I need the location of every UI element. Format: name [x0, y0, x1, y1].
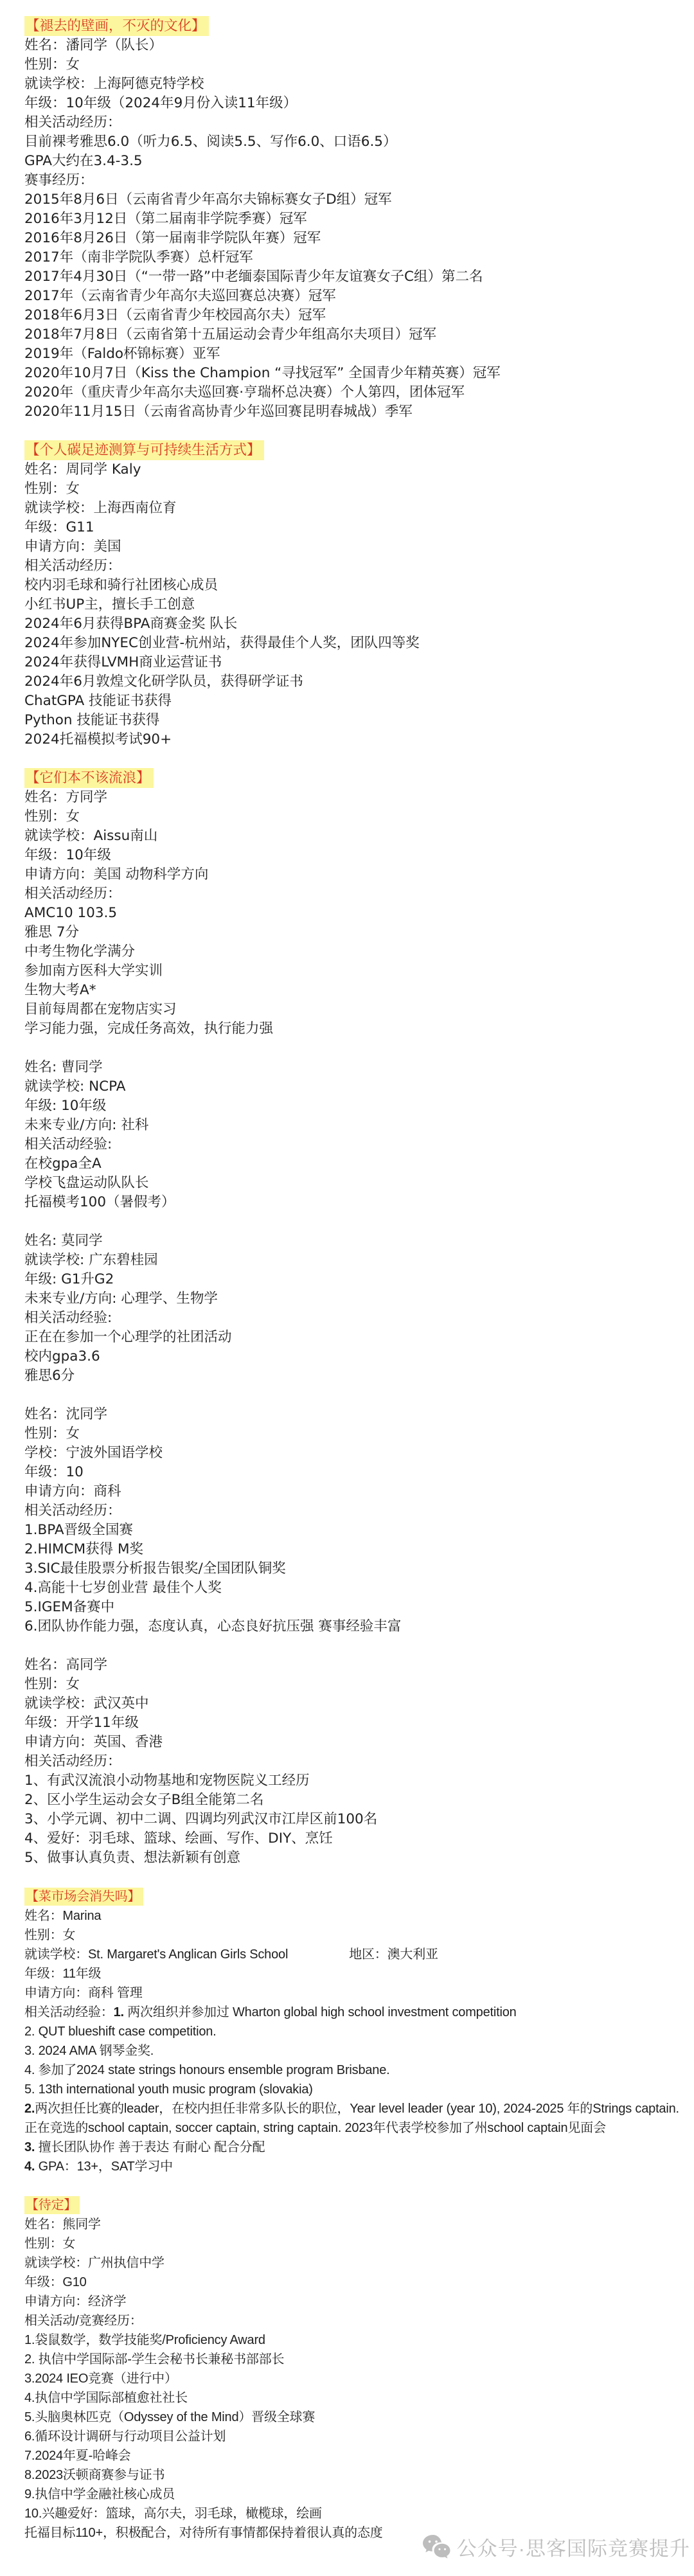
- text-line: 10.兴趣爱好：篮球，高尔夫，羽毛球，橄榄球，绘画: [24, 2504, 688, 2523]
- text-line: 参加南方医科大学实训: [24, 962, 688, 981]
- text-line: 校内gpa3.6: [24, 1347, 688, 1366]
- text-line: 相关活动经验:: [24, 1135, 688, 1154]
- text-line: 就读学校：上海西南位育: [24, 499, 688, 518]
- text-line: 姓名：方同学: [24, 788, 688, 807]
- text-line: 相关活动经验：1. 两次组织并参加过 Wharton global high s…: [24, 2003, 688, 2022]
- text-line: 姓名: 莫同学: [24, 1231, 688, 1251]
- text-line: 目前裸考雅思6.0（听力6.5、阅读5.5、写作6.0、口语6.5）: [24, 132, 688, 152]
- text-line: 姓名：周同学 Kaly: [24, 460, 688, 479]
- document-body: 【褪去的壁画，不灭的文化】姓名：潘同学（队长）性别：女就读学校：上海阿德克特学校…: [24, 17, 688, 2543]
- text-line: 3.2024 IEO竞赛（进行中）: [24, 2369, 688, 2388]
- profile-block: 姓名：沈同学性别：女学校：宁波外国语学校年级：10申请方向：商科相关活动经历：1…: [24, 1405, 688, 1636]
- text-line: 3. 擅长团队协作 善于表达 有耐心 配合分配: [24, 2138, 688, 2157]
- text-line: 5. 13th international youth music progra…: [24, 2080, 688, 2099]
- text-line: 申请方向：经济学: [24, 2292, 688, 2311]
- text-line: 2020年11月15日（云南省高协青少年巡回赛昆明春城战）季军: [24, 402, 688, 422]
- wechat-watermark: 公众号·思客国际竞赛提升: [422, 2532, 690, 2561]
- text-line: 5.IGEM备赛中: [24, 1598, 688, 1617]
- text-line: 2.两次担任比赛的leader，在校内担任非常多队长的职位，Year level…: [24, 2099, 688, 2138]
- section-title: 【菜市场会消失吗】: [24, 1887, 688, 1906]
- text-line: 相关活动经历：: [24, 557, 688, 576]
- text-line: 目前每周都在宠物店实习: [24, 1000, 688, 1019]
- text-line: 2017年（云南省青少年高尔夫巡回赛总决赛）冠军: [24, 287, 688, 306]
- text-line: 2024年6月获得BPA商赛金奖 队长: [24, 614, 688, 634]
- text-line: 2024年6月敦煌文化研学队员，获得研学证书: [24, 672, 688, 692]
- text-line: 年级：开学11年级: [24, 1713, 688, 1733]
- text-line: 2020年10月7日（Kiss the Champion “寻找冠军” 全国青少…: [24, 364, 688, 383]
- section-title-highlight: 【待定】: [24, 2196, 80, 2214]
- wechat-icon: [422, 2534, 451, 2560]
- section: 【褪去的壁画，不灭的文化】姓名：潘同学（队长）性别：女就读学校：上海阿德克特学校…: [24, 17, 688, 422]
- text-line: 1.袋鼠数学，数学技能奖/Proficiency Award: [24, 2330, 688, 2350]
- text-line: 年级：11年级: [24, 1964, 688, 1983]
- text-line: 申请方向：美国 动物科学方向: [24, 865, 688, 884]
- section-title: 【待定】: [24, 2196, 688, 2215]
- text-line: 4. 参加了2024 state strings honours ensembl…: [24, 2061, 688, 2080]
- text-line: 性别：女: [24, 55, 688, 75]
- text-line: 生物大考A*: [24, 981, 688, 1000]
- text-line: 年级：G11: [24, 518, 688, 537]
- text-line: 年级：10年级（2024年9月份入读11年级）: [24, 94, 688, 113]
- text-line: 2024年获得LVMH商业运营证书: [24, 653, 688, 672]
- text-line: 2018年6月3日（云南省青少年校园高尔夫）冠军: [24, 306, 688, 325]
- text-line: 年级: 10年级: [24, 1096, 688, 1116]
- section-title: 【它们本不该流浪】: [24, 769, 688, 788]
- text-line: 4. GPA：13+，SAT学习中: [24, 2157, 688, 2176]
- text-line: 姓名：熊同学: [24, 2215, 688, 2234]
- text-line: 雅思 7分: [24, 923, 688, 942]
- section-title: 【褪去的壁画，不灭的文化】: [24, 17, 688, 36]
- text-line: 就读学校：St. Margaret's Anglican Girls Schoo…: [24, 1945, 688, 1964]
- text-line: 小红书UP主，擅长手工创意: [24, 595, 688, 614]
- document-page: 【褪去的壁画，不灭的文化】姓名：潘同学（队长）性别：女就读学校：上海阿德克特学校…: [0, 0, 694, 2576]
- text-line: 2017年（南非学院队季赛）总杆冠军: [24, 248, 688, 267]
- profile-block: 姓名：潘同学（队长）性别：女就读学校：上海阿德克特学校年级：10年级（2024年…: [24, 36, 688, 422]
- text-line: 性别：女: [24, 2234, 688, 2253]
- text-line: 6.团队协作能力强，态度认真，心态良好抗压强 赛事经验丰富: [24, 1617, 688, 1636]
- text-line: 学校：宁波外国语学校: [24, 1444, 688, 1463]
- text-line: 4.执信中学国际部植愈社社长: [24, 2388, 688, 2408]
- profile-block: 姓名：方同学性别：女就读学校：Aissu南山年级：10年级申请方向：美国 动物科…: [24, 788, 688, 1039]
- region-label: 地区：澳大利亚: [349, 1945, 438, 1964]
- text-line: 就读学校：武汉英中: [24, 1694, 688, 1713]
- text-line: 未来专业/方向: 心理学、生物学: [24, 1289, 688, 1309]
- text-line: 性别：女: [24, 1424, 688, 1444]
- text-line: 2、区小学生运动会女子B组全能第二名: [24, 1791, 688, 1810]
- text-line: 2015年8月6日（云南省青少年高尔夫锦标赛女子D组）冠军: [24, 190, 688, 210]
- text-line: 在校gpa全A: [24, 1154, 688, 1174]
- text-line: 学习能力强，完成任务高效，执行能力强: [24, 1019, 688, 1039]
- text-line: 2.HIMCM获得 M奖: [24, 1540, 688, 1559]
- text-line: 姓名：Marina: [24, 1906, 688, 1926]
- section-title-highlight: 【褪去的壁画，不灭的文化】: [24, 16, 209, 36]
- section-title: 【个人碳足迹测算与可持续生活方式】: [24, 441, 688, 460]
- text-line: 年级: G1升G2: [24, 1270, 688, 1289]
- text-line: 就读学校：Aissu南山: [24, 827, 688, 846]
- text-line: 2024托福模拟考试90+: [24, 730, 688, 749]
- text-line: 相关活动经验:: [24, 1309, 688, 1328]
- text-line: 姓名：潘同学（队长）: [24, 36, 688, 55]
- section-title-highlight: 【个人碳足迹测算与可持续生活方式】: [24, 440, 264, 460]
- text-line: GPA大约在3.4-3.5: [24, 152, 688, 171]
- section: 【它们本不该流浪】姓名：方同学性别：女就读学校：Aissu南山年级：10年级申请…: [24, 769, 688, 1868]
- profile-block: 姓名：高同学性别：女就读学校：武汉英中年级：开学11年级申请方向：英国、香港相关…: [24, 1656, 688, 1868]
- text-line: 就读学校：上海阿德克特学校: [24, 75, 688, 94]
- text-line: 托福模考100（暑假考）: [24, 1193, 688, 1212]
- section: 【个人碳足迹测算与可持续生活方式】姓名：周同学 Kaly性别：女就读学校：上海西…: [24, 441, 688, 749]
- text-line: 4.高能十七岁创业营 最佳个人奖: [24, 1579, 688, 1598]
- text-line: 2020年（重庆青少年高尔夫巡回赛·亨瑞杯总决赛）个人第四，团体冠军: [24, 383, 688, 402]
- text-line: 雅思6分: [24, 1366, 688, 1386]
- text-line: 未来专业/方向: 社科: [24, 1116, 688, 1135]
- text-line: 申请方向：美国: [24, 537, 688, 557]
- text-line: 申请方向：商科 管理: [24, 1983, 688, 2003]
- text-line: 6.循环设计调研与行动项目公益计划: [24, 2427, 688, 2446]
- text-line: 正在在参加一个心理学的社团活动: [24, 1328, 688, 1347]
- text-line: 2016年8月26日（第一届南非学院队年赛）冠军: [24, 229, 688, 248]
- text-line: 年级：G10: [24, 2273, 688, 2292]
- text-line: 2017年4月30日（“一带一路”中老缅泰国际青少年友谊赛女子C组）第二名: [24, 267, 688, 287]
- text-line: 2019年（Faldo杯锦标赛）亚军: [24, 344, 688, 364]
- text-line: AMC10 103.5: [24, 904, 688, 923]
- text-line: 赛事经历：: [24, 171, 688, 190]
- text-line: 5.头脑奥林匹克（Odyssey of the Mind）晋级全球赛: [24, 2408, 688, 2427]
- profile-block: 姓名：周同学 Kaly性别：女就读学校：上海西南位育年级：G11申请方向：美国相…: [24, 460, 688, 749]
- text-line: 相关活动经历：: [24, 884, 688, 904]
- section: 【待定】姓名：熊同学性别：女就读学校：广州执信中学年级：G10申请方向：经济学相…: [24, 2196, 688, 2543]
- section: 【菜市场会消失吗】姓名：Marina性别：女就读学校：St. Margaret'…: [24, 1887, 688, 2176]
- text-line: 7.2024年夏-哈峰会: [24, 2446, 688, 2465]
- text-line: 年级：10年级: [24, 846, 688, 865]
- text-line: 申请方向：商科: [24, 1482, 688, 1501]
- section-title-highlight: 【它们本不该流浪】: [24, 768, 154, 788]
- watermark-text: 公众号·思客国际竞赛提升: [457, 2532, 690, 2561]
- text-line: 3.SIC最佳股票分析报告银奖/全国团队铜奖: [24, 1559, 688, 1579]
- text-line: 性别：女: [24, 1926, 688, 1945]
- text-line: 学校飞盘运动队队长: [24, 1174, 688, 1193]
- text-line: 姓名: 曹同学: [24, 1058, 688, 1077]
- text-line: 相关活动经历：: [24, 113, 688, 132]
- text-line: 相关活动经历：: [24, 1752, 688, 1771]
- text-line: 姓名：沈同学: [24, 1405, 688, 1424]
- text-line: 2018年7月8日（云南省第十五届运动会青少年组高尔夫项目）冠军: [24, 325, 688, 344]
- text-line: 3. 2024 AMA 钢琴金奖.: [24, 2041, 688, 2061]
- text-line: 年级：10: [24, 1463, 688, 1482]
- text-line: 相关活动/竞赛经历：: [24, 2311, 688, 2330]
- text-line: 中考生物化学满分: [24, 942, 688, 962]
- text-line: 性别：女: [24, 807, 688, 827]
- text-line: 1、有武汉流浪小动物基地和宠物医院义工经历: [24, 1771, 688, 1791]
- text-line: 2016年3月12日（第二届南非学院季赛）冠军: [24, 210, 688, 229]
- text-line: ChatGPA 技能证书获得: [24, 692, 688, 711]
- text-line: 4、爱好：羽毛球、篮球、绘画、写作、DIY、烹饪: [24, 1829, 688, 1848]
- section-title-highlight: 【菜市场会消失吗】: [24, 1888, 143, 1906]
- profile-block: 姓名: 曹同学就读学校: NCPA年级: 10年级未来专业/方向: 社科相关活动…: [24, 1058, 688, 1212]
- text-line: 2024年参加NYEC创业营-杭州站，获得最佳个人奖，团队四等奖: [24, 634, 688, 653]
- profile-block: 姓名：熊同学性别：女就读学校：广州执信中学年级：G10申请方向：经济学相关活动/…: [24, 2215, 688, 2543]
- text-line: 3、小学元调、初中二调、四调均列武汉市江岸区前100名: [24, 1810, 688, 1829]
- text-line: 就读学校：广州执信中学: [24, 2253, 688, 2273]
- text-line: 申请方向：英国、香港: [24, 1733, 688, 1752]
- text-line: 5、做事认真负责、想法新颖有创意: [24, 1848, 688, 1868]
- profile-block: 姓名: 莫同学就读学校: 广东碧桂园年级: G1升G2未来专业/方向: 心理学、…: [24, 1231, 688, 1386]
- text-line: 性别：女: [24, 1675, 688, 1694]
- text-line: 2. QUT blueshift case competition.: [24, 2022, 688, 2041]
- text-line: 9.执信中学金融社核心成员: [24, 2485, 688, 2504]
- text-line: 性别：女: [24, 479, 688, 499]
- text-line: 相关活动经历：: [24, 1501, 688, 1521]
- text-line: 8.2023沃顿商赛参与证书: [24, 2465, 688, 2485]
- profile-block: 姓名：Marina性别：女就读学校：St. Margaret's Anglica…: [24, 1906, 688, 2176]
- text-line: 姓名：高同学: [24, 1656, 688, 1675]
- text-line: 就读学校: 广东碧桂园: [24, 1251, 688, 1270]
- text-line: 校内羽毛球和骑行社团核心成员: [24, 576, 688, 595]
- text-line: 1.BPA晋级全国赛: [24, 1521, 688, 1540]
- text-line: 2. 执信中学国际部-学生会秘书长兼秘书部部长: [24, 2350, 688, 2369]
- text-line: Python 技能证书获得: [24, 711, 688, 730]
- text-line: 就读学校: NCPA: [24, 1077, 688, 1096]
